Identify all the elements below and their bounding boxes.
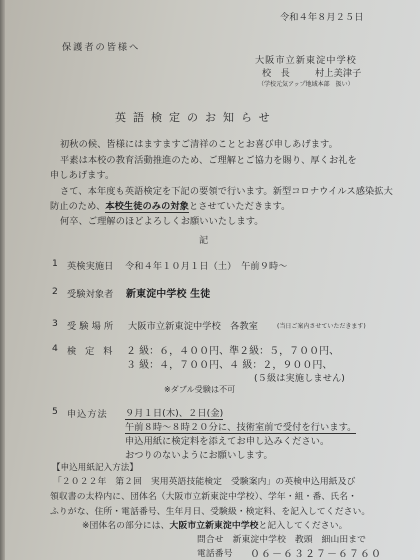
greeting-p4: 何卒、ご理解のほどよろしくお願いいたします。 [60, 213, 264, 227]
item-2-label: 受験対象者 [67, 286, 113, 300]
phone-number: ０６－６３２７－６７６０ [250, 545, 382, 560]
form-guide-line-3: ふりがな、住所・電話番号、生年月日、受験級・検定料、を記入してください。 [50, 504, 370, 517]
contact-line: 問合せ 新東淀中学校 教頭 細山田まで [197, 532, 366, 545]
p3b-post: とさせていただきます。 [189, 201, 290, 212]
item-1-label: 英検実施日 [67, 258, 113, 272]
item-2-value: 新東淀中学校 生徒 [126, 285, 210, 300]
item-4-label: 検 定 料 [67, 343, 115, 357]
apply-time: 午前８時～８時２０分に、技術室前で受付を行います。 [125, 419, 356, 434]
greeting-p3a: さて、本年度も英語検定を下記の要領で行います。新型コロナウイルス感染拡大 [60, 183, 393, 197]
item-3-label: 受 験 場 所 [67, 318, 113, 332]
p3b-pre: 防止のため、 [50, 201, 105, 212]
greeting-p2b: 申しあげます。 [50, 167, 114, 181]
greeting-p3b: 防止のため、本校生徒のみの対象とさせていただきます。 [50, 198, 290, 212]
principal-name: 村上美津子 [315, 65, 361, 79]
greeting-p2a: 平素は本校の教育活動推進のため、ご理解とご協力を賜り、厚くお礼を [60, 152, 357, 166]
item-2-num: 2 [52, 286, 58, 297]
form-guide-line-2: 領収書の太枠内に、団体名（大阪市立新東淀中学校）、学年・組・番、氏名・ [50, 489, 357, 502]
item-3-note: (当日ご案内させていただきます) [277, 321, 366, 330]
form-guide-heading: 【申込用紙記入方法】 [52, 461, 138, 473]
line4-pre: ※団体名の部分には、 [82, 521, 170, 531]
item-3-num: 3 [52, 318, 58, 329]
item-5-num: 5 [52, 406, 58, 417]
school-name-bold: 大阪市立新東淀中学校 [170, 521, 259, 531]
apply-dates: ９月１日(木)、２日(金) [125, 405, 223, 420]
form-guide-line-1: 「２０２２年 第２回 実用英語技能検定 受験案内」の英検申込用紙及び [53, 474, 356, 487]
apply-change-note: おつりのないようにお願いします。 [125, 447, 273, 461]
item-3-value: 大阪市立新東淀中学校 各教室 [128, 318, 258, 332]
item-5-label: 申込方法 [67, 406, 108, 420]
issue-date: 令和４年８月２５日 [280, 9, 364, 23]
item-1-value: 令和４年１０月１日（土） 午前９時～ [125, 258, 288, 272]
fee-line-1: ２ 級：６，４００円、準２級：５，７００円、 [126, 342, 339, 357]
students-only-underlined: 本校生徒のみの対象 [105, 201, 189, 213]
form-guide-line-4: ※団体名の部分には、大阪市立新東淀中学校と記入してください。 [82, 518, 348, 531]
principal-title: 校 長 [262, 65, 290, 79]
line4-post: と記入してください。 [259, 521, 348, 531]
department: （学校元気アップ地域本部 扱い） [258, 79, 354, 88]
apply-instruction: 申込用紙に検定料を添えてお申し込みください。 [125, 433, 329, 447]
item-4-num: 4 [52, 343, 58, 354]
ki-heading: 記 [199, 232, 208, 246]
fee-line-2: ３ 級：４，７００円、４ 級：２，９００円、 [126, 356, 332, 371]
greeting-p1: 初秋の候、皆様にはますますご清祥のこととお喜び申しあげます。 [60, 136, 338, 150]
paper-edge-shadow [0, 0, 5, 560]
recipient: 保護者の皆様へ [62, 39, 140, 53]
document-title: 英語検定のお知らせ [115, 109, 277, 125]
school-name: 大阪市立新東淀中学校 [255, 52, 357, 66]
fee-line-3: (５級は実施しません) [254, 370, 345, 384]
double-exam-note: ※ダブル受験は不可 [164, 384, 235, 395]
phone-label: 電話番号 [197, 546, 233, 559]
item-1-num: 1 [52, 258, 58, 269]
